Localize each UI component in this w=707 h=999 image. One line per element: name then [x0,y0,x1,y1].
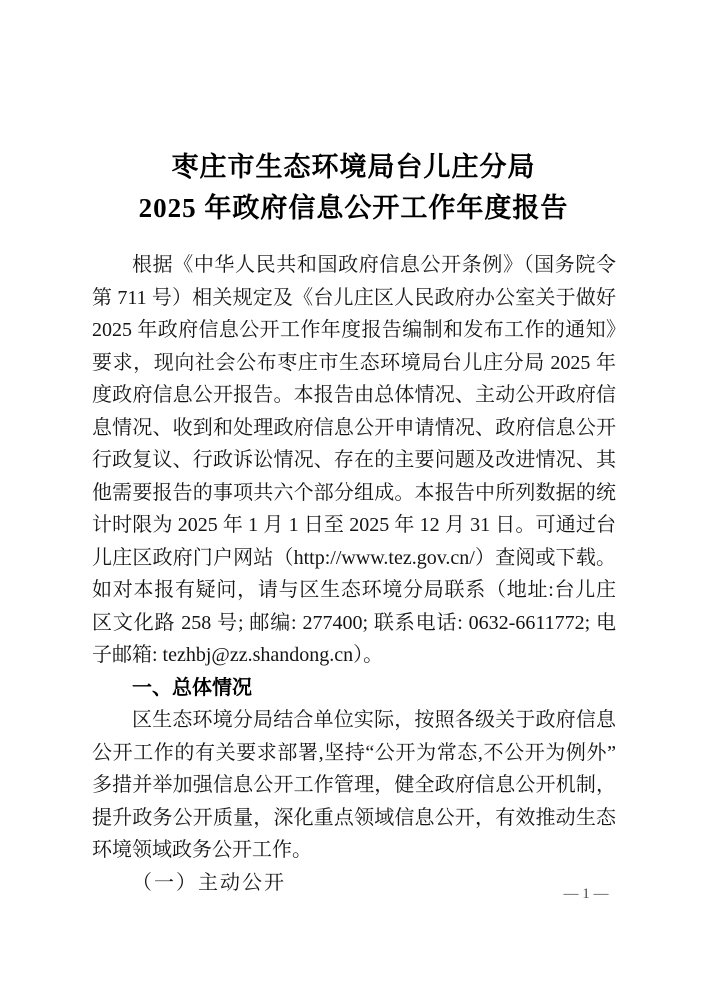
document-page: 枣庄市生态环境局台儿庄分局 2025 年政府信息公开工作年度报告 根据《中华人民… [0,0,707,999]
section-1-heading: 一、总体情况 [92,672,616,705]
title-line-1: 枣庄市生态环境局台儿庄分局 [0,147,707,188]
page-number: — 1 — [0,884,707,904]
title-line-2: 2025 年政府信息公开工作年度报告 [0,188,707,229]
section-1-paragraph: 区生态环境分局结合单位实际，按照各级关于政府信息公开工作的有关要求部署,坚持“公… [92,704,616,867]
document-body: 根据《中华人民共和国政府信息公开条例》（国务院令第 711 号）相关规定及《台儿… [92,249,616,899]
document-title: 枣庄市生态环境局台儿庄分局 2025 年政府信息公开工作年度报告 [0,147,707,229]
intro-paragraph: 根据《中华人民共和国政府信息公开条例》（国务院令第 711 号）相关规定及《台儿… [92,249,616,672]
